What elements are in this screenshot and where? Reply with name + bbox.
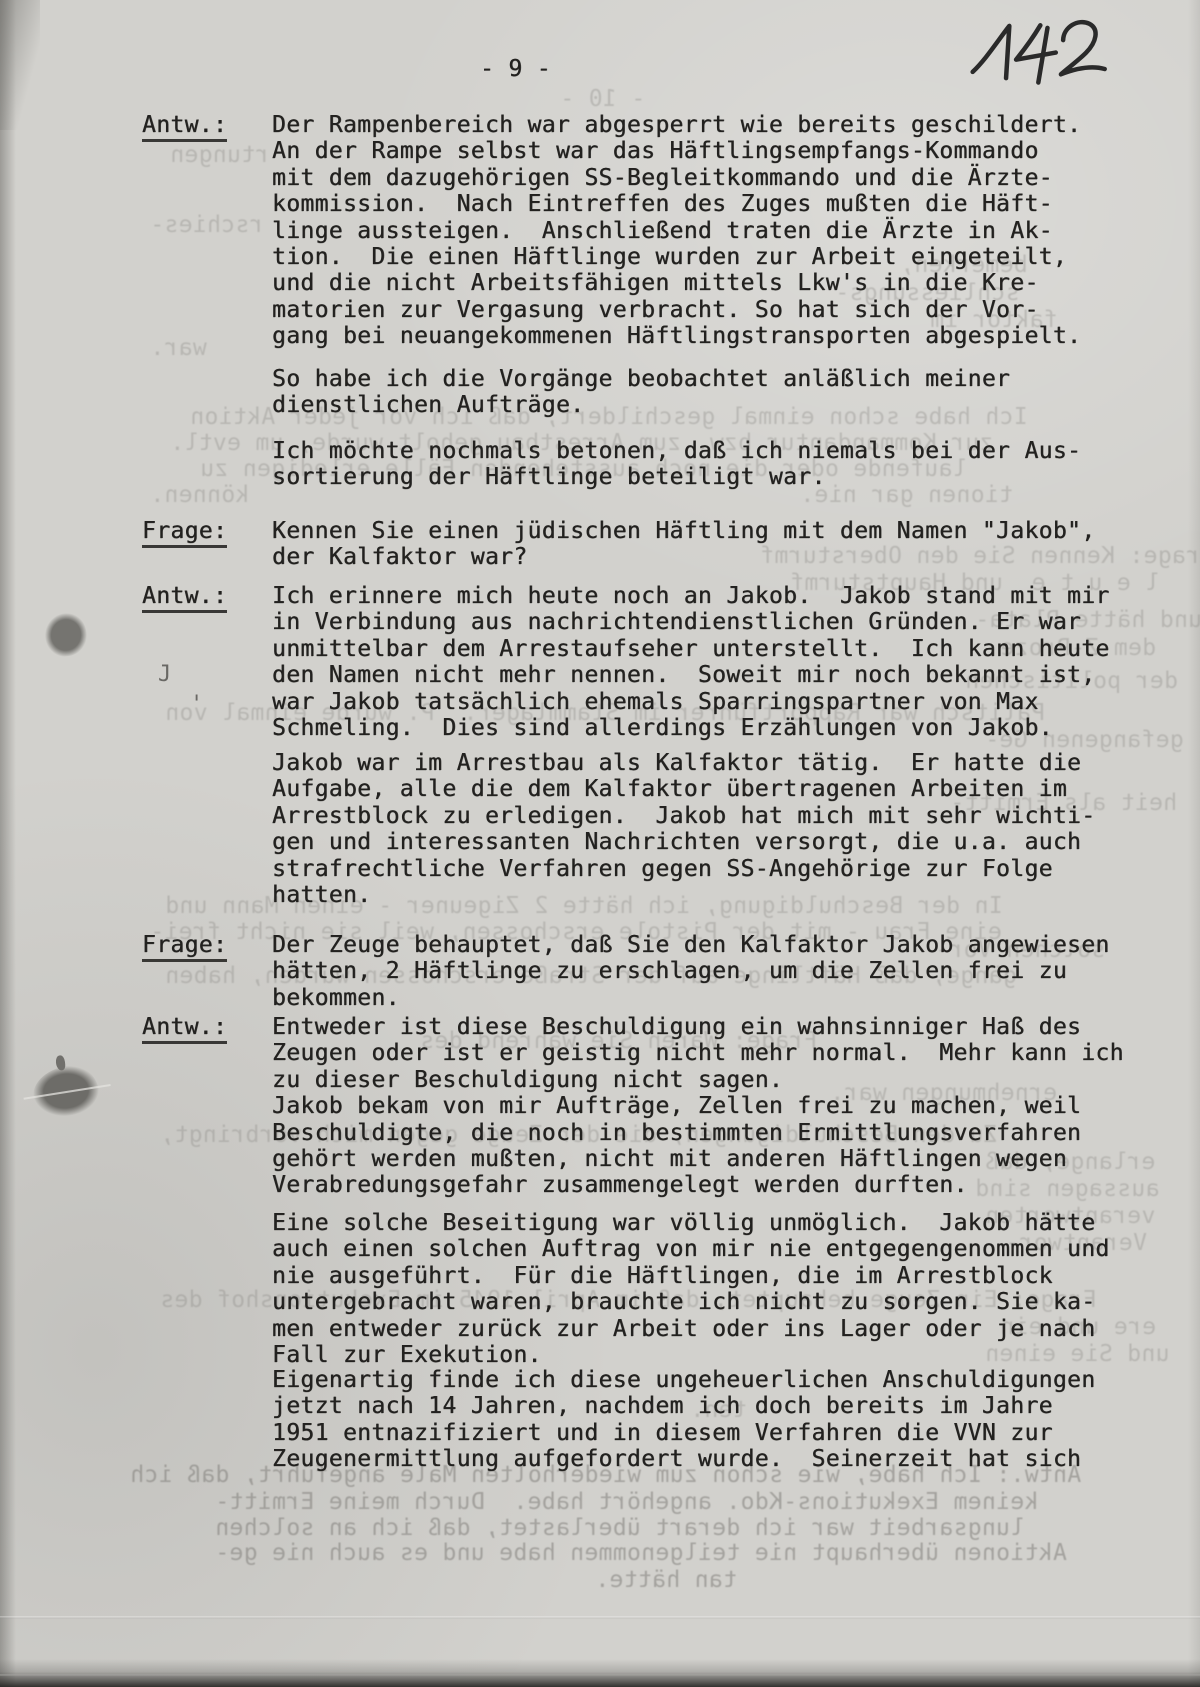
text-line: zu dieser Beschuldigung nicht sagen.	[272, 1067, 1200, 1093]
text-line: Eigenartig finde ich diese ungeheuerlich…	[272, 1367, 1200, 1393]
text-line: matorien zur Vergasung verbracht. So hat…	[272, 297, 1200, 323]
text-line: Ich möchte nochmals betonen, daß ich nie…	[272, 438, 1200, 464]
text-line: auch einen solchen Auftrag von mir nie e…	[272, 1236, 1200, 1262]
paragraph-lines: Eigenartig finde ich diese ungeheuerlich…	[272, 1367, 1200, 1473]
text-line: An der Rampe selbst war das Häftlingsemp…	[272, 138, 1200, 164]
text-line: hätten, 2 Häftlinge zu erschlagen, um di…	[272, 958, 1200, 984]
text-line: der Kalfaktor war?	[272, 544, 1200, 570]
speaker-label: Antw.:	[142, 583, 227, 613]
qa-block: Antw.:Der Rampenbereich war abgesperrt w…	[0, 112, 1200, 350]
text-line: mit dem dazugehörigen SS-Begleitkommando…	[272, 165, 1200, 191]
text-line: unmittelbar dem Arrestaufseher unterstel…	[272, 636, 1200, 662]
qa-block: Antw.:Entweder ist diese Beschuldigung e…	[0, 1014, 1200, 1199]
text-line: sortierung der Häftlinge beteiligt war.	[272, 464, 1200, 490]
text-line: Ich erinnere mich heute noch an Jakob. J…	[272, 583, 1200, 609]
text-line: gen und interessanten Nachrichten versor…	[272, 829, 1200, 855]
text-line: linge aussteigen. Anschließend traten di…	[272, 218, 1200, 244]
text-line: nie ausgeführt. Für die Häftlingen, die …	[272, 1263, 1200, 1289]
paragraph-block: Jakob war im Arrestbau als Kalfaktor tät…	[0, 750, 1200, 908]
paragraph-block: Eine solche Beseitigung war völlig unmög…	[0, 1210, 1200, 1368]
text-line: tion. Die einen Häftlinge wurden zur Arb…	[272, 244, 1200, 270]
text-line: gang bei neuangekommenen Häftlingstransp…	[272, 323, 1200, 349]
scanned-document-page: { "page": { "number_display": "- 9 -", "…	[0, 0, 1200, 1687]
paragraph-lines: Eine solche Beseitigung war völlig unmög…	[272, 1210, 1200, 1368]
text-line: Jakob war im Arrestbau als Kalfaktor tät…	[272, 750, 1200, 776]
bleedthrough-line: - 10 -	[560, 86, 645, 112]
text-line: Zeugen oder ist er geistig nicht mehr no…	[272, 1040, 1200, 1066]
text-line: Fall zur Exekution.	[272, 1342, 1200, 1368]
bleedthrough-line: Aktionen überhaupt nie teilgenommen habe…	[215, 1540, 1067, 1566]
speaker-label: Frage:	[142, 518, 227, 548]
text-line: men entweder zurück zur Arbeit oder ins …	[272, 1316, 1200, 1342]
text-line: jetzt nach 14 Jahren, nachdem ich doch b…	[272, 1393, 1200, 1419]
text-line: kommission. Nach Eintreffen des Zuges mu…	[272, 191, 1200, 217]
qa-block: Frage:Der Zeuge behauptet, daß Sie den K…	[0, 932, 1200, 1011]
paragraph-lines: Der Rampenbereich war abgesperrt wie ber…	[272, 112, 1200, 350]
text-line: Schmeling. Dies sind allerdings Erzählun…	[272, 715, 1200, 741]
text-line: Eine solche Beseitigung war völlig unmög…	[272, 1210, 1200, 1236]
page-number: - 9 -	[480, 56, 551, 82]
paragraph-block: Eigenartig finde ich diese ungeheuerlich…	[0, 1367, 1200, 1473]
bleedthrough-line: keinem Exekutions-Kdo. angehört habe. Du…	[215, 1489, 1038, 1515]
text-line: gehört werden mußten, nicht mit anderen …	[272, 1146, 1200, 1172]
text-line: Der Rampenbereich war abgesperrt wie ber…	[272, 112, 1200, 138]
text-line: Arrestblock zu erledigen. Jakob hat mich…	[272, 803, 1200, 829]
text-line: dienstlichen Aufträge.	[272, 392, 1200, 418]
paragraph-lines: Jakob war im Arrestbau als Kalfaktor tät…	[272, 750, 1200, 908]
qa-block: Antw.:Ich erinnere mich heute noch an Ja…	[0, 583, 1200, 741]
text-line: untergebracht waren, brauchte ich nicht …	[272, 1289, 1200, 1315]
paragraph-lines: Entweder ist diese Beschuldigung ein wah…	[272, 1014, 1200, 1199]
paragraph-lines: Der Zeuge behauptet, daß Sie den Kalfakt…	[272, 932, 1200, 1011]
paper-crease-line	[0, 1616, 1200, 1619]
speaker-label: Frage:	[142, 932, 227, 962]
qa-block: Frage:Kennen Sie einen jüdischen Häftlin…	[0, 518, 1200, 571]
bleedthrough-line: lungsarbeit war ich derart überlastet, d…	[215, 1515, 1024, 1541]
scan-bottom-shadow	[0, 1659, 1200, 1687]
paragraph-block: So habe ich die Vorgänge beobachtet anlä…	[0, 366, 1200, 419]
speaker-label: Antw.:	[142, 112, 227, 142]
text-line: und die nicht Arbeitsfähigen mittels Lkw…	[272, 270, 1200, 296]
text-line: Jakob bekam von mir Aufträge, Zellen fre…	[272, 1093, 1200, 1119]
paragraph-lines: Ich möchte nochmals betonen, daß ich nie…	[272, 438, 1200, 491]
text-line: Kennen Sie einen jüdischen Häftling mit …	[272, 518, 1200, 544]
text-line: Entweder ist diese Beschuldigung ein wah…	[272, 1014, 1200, 1040]
text-line: den Namen nicht mehr nennen. Soweit mir …	[272, 662, 1200, 688]
paragraph-block: Ich möchte nochmals betonen, daß ich nie…	[0, 438, 1200, 491]
text-line: Aufgabe, alle die dem Kalfaktor übertrag…	[272, 776, 1200, 802]
text-line: bekommen.	[272, 985, 1200, 1011]
speaker-label: Antw.:	[142, 1014, 227, 1044]
paragraph-lines: So habe ich die Vorgänge beobachtet anlä…	[272, 366, 1200, 419]
text-line: Zeugenermittlung aufgefordert wurde. Sei…	[272, 1446, 1200, 1472]
text-line: Der Zeuge behauptet, daß Sie den Kalfakt…	[272, 932, 1200, 958]
text-line: So habe ich die Vorgänge beobachtet anlä…	[272, 366, 1200, 392]
text-line: strafrechtliche Verfahren gegen SS-Angeh…	[272, 856, 1200, 882]
text-line: hatten.	[272, 882, 1200, 908]
text-line: Beschuldigte, die noch in bestimmten Erm…	[272, 1120, 1200, 1146]
handwriting-strokes-icon	[960, 10, 1134, 105]
handwritten-folio-number: 142	[960, 10, 1134, 105]
paragraph-lines: Ich erinnere mich heute noch an Jakob. J…	[272, 583, 1200, 741]
paragraph-lines: Kennen Sie einen jüdischen Häftling mit …	[272, 518, 1200, 571]
text-line: war Jakob tatsächlich ehemals Sparringsp…	[272, 689, 1200, 715]
text-line: 1951 entnazifiziert und in diesem Verfah…	[272, 1420, 1200, 1446]
text-line: in Verbindung aus nachrichtendienstliche…	[272, 609, 1200, 635]
bleedthrough-line: tan hätte.	[595, 1567, 737, 1593]
scan-corner-shadow	[0, 0, 40, 130]
text-line: Verabredungsgefahr zusammengelegt werden…	[272, 1172, 1200, 1198]
